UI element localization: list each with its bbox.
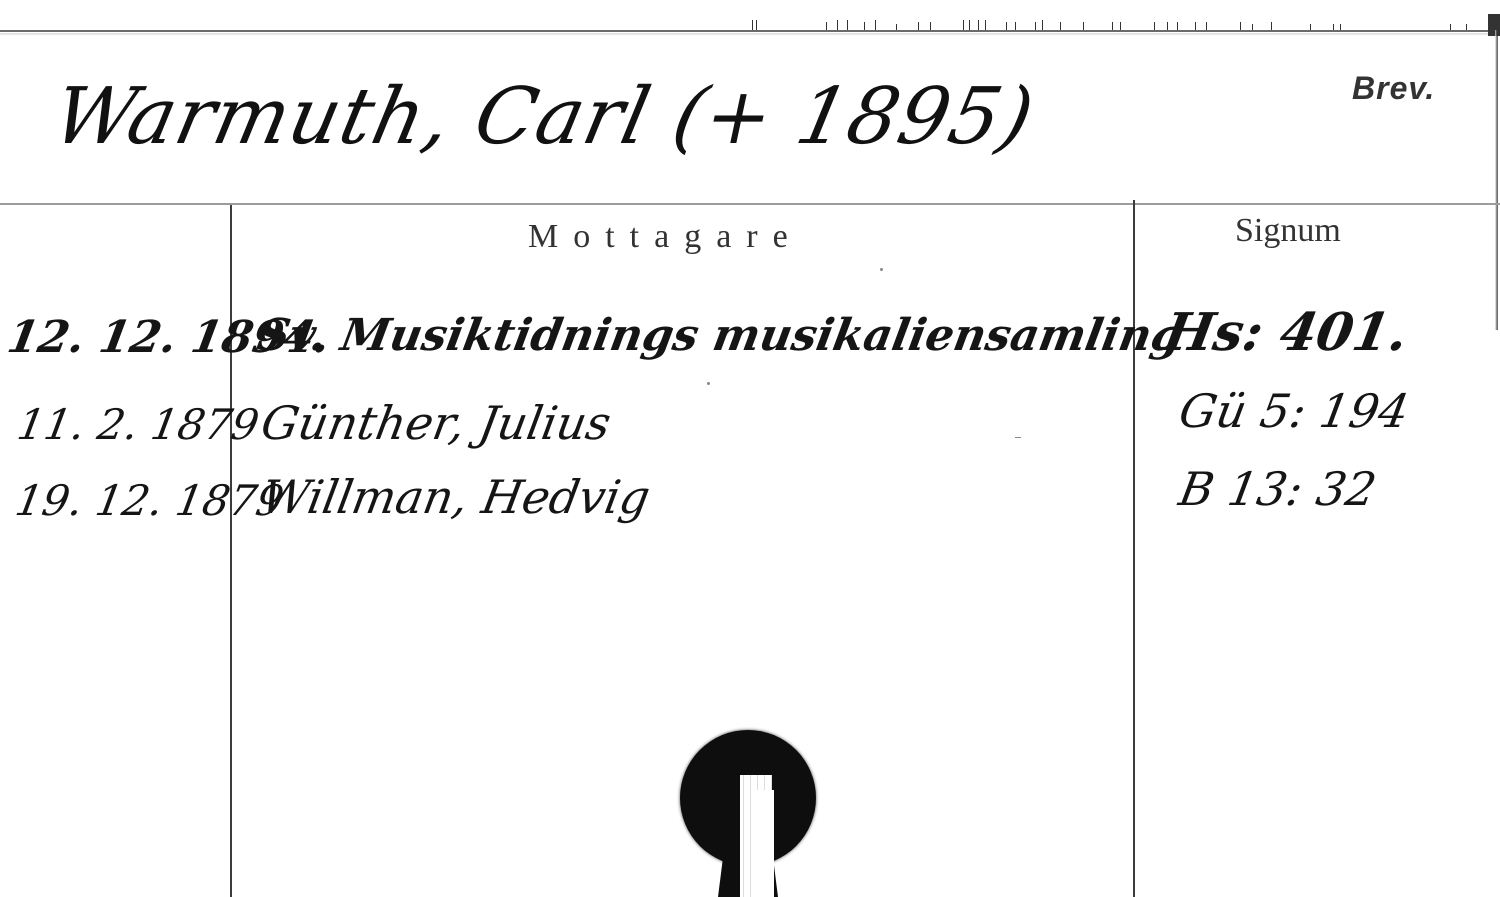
scan-corner-artifact bbox=[1488, 14, 1500, 36]
scan-artifact-ticks bbox=[740, 14, 1500, 30]
row-signum: Hs: 401. bbox=[1160, 302, 1413, 363]
punch-hole-rod bbox=[752, 790, 774, 897]
row-signum: B 13: 32 bbox=[1175, 462, 1380, 516]
row-date: 11. 2. 1879 bbox=[14, 400, 263, 449]
column-header-signum: Signum bbox=[1235, 212, 1341, 250]
card-right-edge bbox=[1495, 30, 1498, 330]
card-type-label: Brev. bbox=[1352, 70, 1435, 107]
card-top-shadow bbox=[0, 33, 1500, 36]
row-signum: Gü 5: 194 bbox=[1175, 384, 1413, 438]
date-column-divider bbox=[230, 205, 232, 897]
signum-column-divider bbox=[1133, 200, 1135, 897]
row-recipient: Willman, Hedvig bbox=[257, 470, 654, 524]
row-recipient: Sv. Musiktidnings musikaliensamling bbox=[254, 310, 1187, 361]
ink-speck bbox=[1015, 437, 1021, 438]
header-rule bbox=[0, 203, 1500, 205]
catalog-card: Warmuth, Carl (+ 1895) Brev. Mottagare S… bbox=[0, 0, 1500, 897]
card-heading-name: Warmuth, Carl (+ 1895) bbox=[45, 72, 1041, 162]
ink-speck bbox=[707, 382, 710, 385]
column-header-recipient: Mottagare bbox=[528, 218, 803, 256]
row-recipient: Günther, Julius bbox=[257, 396, 615, 450]
row-date: 19. 12. 1879 bbox=[12, 476, 288, 525]
ink-speck bbox=[880, 268, 883, 271]
card-top-edge bbox=[0, 30, 1500, 32]
